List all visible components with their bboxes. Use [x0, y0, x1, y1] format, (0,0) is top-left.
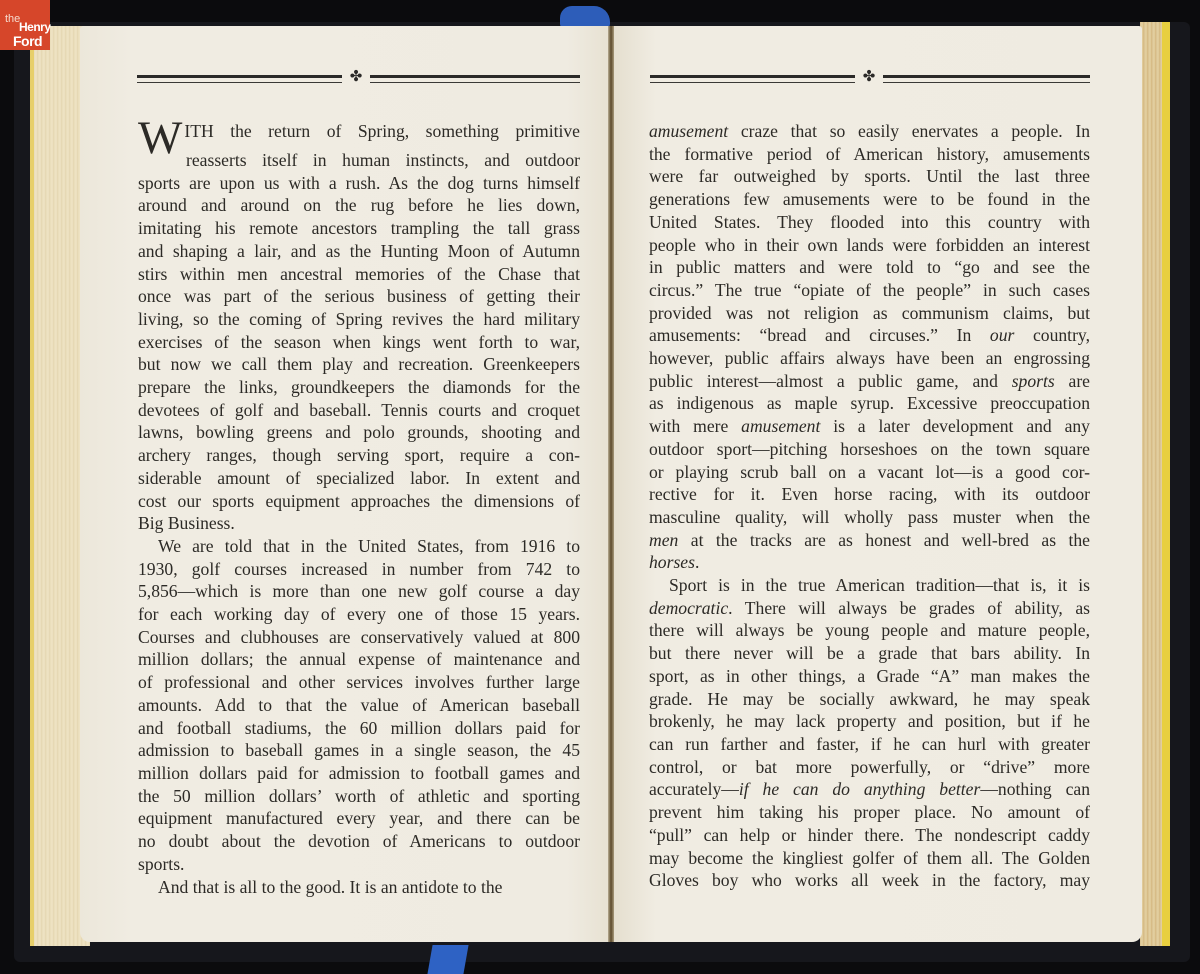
text-line: generations few amusements were to be fo…	[649, 188, 1090, 211]
text-line: the 50 million dollars’ worth of athleti…	[138, 785, 580, 808]
text-line: once was part of the serious business of…	[138, 285, 580, 308]
text-line: there will always be young people and ma…	[649, 619, 1090, 642]
text-line: amusement craze that so easily enervates…	[649, 120, 1090, 143]
text-line: men at the tracks are as honest and well…	[649, 529, 1090, 552]
text-line: sports.	[138, 853, 580, 876]
text-line: 5,856—which is more than one new golf co…	[138, 580, 580, 603]
text-line: admission to baseball games in a single …	[138, 739, 580, 762]
ornament-rule	[883, 75, 1090, 83]
right-page-text: amusement craze that so easily enervates…	[649, 120, 1090, 892]
text-line: the formative period of American history…	[649, 143, 1090, 166]
text-line: no doubt about the devotion of Americans…	[138, 830, 580, 853]
text-line: however, public affairs always have been…	[649, 347, 1090, 370]
text-line: people who in their own lands were forbi…	[649, 234, 1090, 257]
text-line: may become the kingliest golfer of them …	[649, 847, 1090, 870]
book-gutter	[608, 26, 614, 942]
fleuron-icon: ✤	[862, 67, 876, 87]
emphasis: democratic	[649, 598, 728, 618]
henry-ford-logo: the Henry Ford	[0, 0, 50, 50]
text-line: were far outweighed by sports. Until the…	[649, 165, 1090, 188]
text-line: as indigenous as maple syrup. Excessive …	[649, 392, 1090, 415]
text-line: equipment manufactured every year, and t…	[138, 807, 580, 830]
emphasis: men	[649, 530, 678, 550]
text-line: We are told that in the United States, f…	[138, 535, 580, 558]
text-line: sport, as in other things, a Grade “A” m…	[649, 665, 1090, 688]
text-line: outdoor sport—pitching horseshoes on the…	[649, 438, 1090, 461]
gilt-edge	[1162, 22, 1170, 946]
drop-cap: W	[138, 112, 182, 164]
fleuron-icon: ✤	[349, 67, 363, 87]
text-line: horses.	[649, 551, 1090, 574]
ornament-rule	[370, 75, 580, 83]
text-line: circus.” The true “opiate of the people”…	[649, 279, 1090, 302]
text-line: accurately—if he can do anything better—…	[649, 778, 1090, 801]
text-line: of professional and other services invol…	[138, 671, 580, 694]
text-line: living, so the coming of Spring revives …	[138, 308, 580, 331]
text-line: Courses and clubhouses are conservativel…	[138, 626, 580, 649]
left-page-text: WITH the return of Spring, something pri…	[138, 120, 580, 898]
text-line: WITH the return of Spring, something pri…	[138, 120, 580, 149]
emphasis: if he can do anything better	[739, 779, 980, 799]
text-line: in public matters and were told to “go a…	[649, 256, 1090, 279]
logo-henry: Henry	[19, 20, 51, 34]
emphasis: our	[990, 325, 1014, 345]
ornament-rule	[650, 75, 855, 83]
text-line: brokenly, he may lack property and posit…	[649, 710, 1090, 733]
text-line: with mere amusement is a later developme…	[649, 415, 1090, 438]
text-line: lawns, bowling greens and polo grounds, …	[138, 421, 580, 444]
emphasis: horses	[649, 552, 695, 572]
emphasis: sports	[1012, 371, 1055, 391]
text-line: prevent him taking his proper place. No …	[649, 801, 1090, 824]
text-line: or playing scrub ball on a vacant lot—is…	[649, 461, 1090, 484]
text-line: million dollars; the annual expense of m…	[138, 648, 580, 671]
text-line: sports are upon us with a rush. As the d…	[138, 172, 580, 195]
text-line: Sport is in the true American tradition—…	[649, 574, 1090, 597]
text-line: provided was not religion as communism c…	[649, 302, 1090, 325]
text-line: imitating his remote ancestors trampling…	[138, 217, 580, 240]
text-line: siderable amount of specialized labor. I…	[138, 467, 580, 490]
text-line: exercises of the season when kings went …	[138, 331, 580, 354]
text-line: public interest—almost a public game, an…	[649, 370, 1090, 393]
emphasis: amusement	[741, 416, 820, 436]
text-line: Big Business.	[138, 512, 580, 535]
text-line: amounts. Add to that the value of Americ…	[138, 694, 580, 717]
text-line: can run farther and faster, if he can hu…	[649, 733, 1090, 756]
logo-the: the	[5, 13, 20, 25]
text-line: “pull” can help or hinder there. The non…	[649, 824, 1090, 847]
ornament-rule	[137, 75, 342, 83]
text-line: devotees of golf and baseball. Tennis co…	[138, 399, 580, 422]
right-header-ornament: ✤	[650, 72, 1090, 86]
text-line: cost our sports equipment approaches the…	[138, 490, 580, 513]
text-line: and football stadiums, the 60 million do…	[138, 717, 580, 740]
text-line: reasserts itself in human instincts, and…	[138, 149, 580, 172]
text-line: prepare the links, groundkeepers the dia…	[138, 376, 580, 399]
text-line: rective for it. Even horse racing, with …	[649, 483, 1090, 506]
text-line: And that is all to the good. It is an an…	[138, 876, 580, 899]
text-line: amusements: “bread and circuses.” In our…	[649, 324, 1090, 347]
text-line: democratic. There will always be grades …	[649, 597, 1090, 620]
text-line: around and around on the rug before he l…	[138, 194, 580, 217]
text-line: but there never will be a grade that bar…	[649, 642, 1090, 665]
bookmark-ribbon-top	[560, 6, 610, 28]
text-line: for each working day of every one of tho…	[138, 603, 580, 626]
text-line: Gloves boy who works all week in the fac…	[649, 869, 1090, 892]
text-line: grade. He may be socially awkward, he ma…	[649, 688, 1090, 711]
emphasis: amusement	[649, 121, 728, 141]
text-line: and shaping a lair, and as the Hunting M…	[138, 240, 580, 263]
text-line: million dollars paid for admission to fo…	[138, 762, 580, 785]
text-line: control, or bat more powerfully, or “dri…	[649, 756, 1090, 779]
text-line: stirs within men ancestral memories of t…	[138, 263, 580, 286]
text-line: archery ranges, though serving sport, re…	[138, 444, 580, 467]
text-line: masculine quality, will wholly pass must…	[649, 506, 1090, 529]
text-line: but now we call them play and recreation…	[138, 353, 580, 376]
left-header-ornament: ✤	[137, 72, 580, 86]
text-line: United States. They flooded into this co…	[649, 211, 1090, 234]
text-line: 1930, golf courses increased in number f…	[138, 558, 580, 581]
bookmark-ribbon-bottom	[427, 945, 468, 974]
logo-ford: Ford	[13, 33, 42, 49]
